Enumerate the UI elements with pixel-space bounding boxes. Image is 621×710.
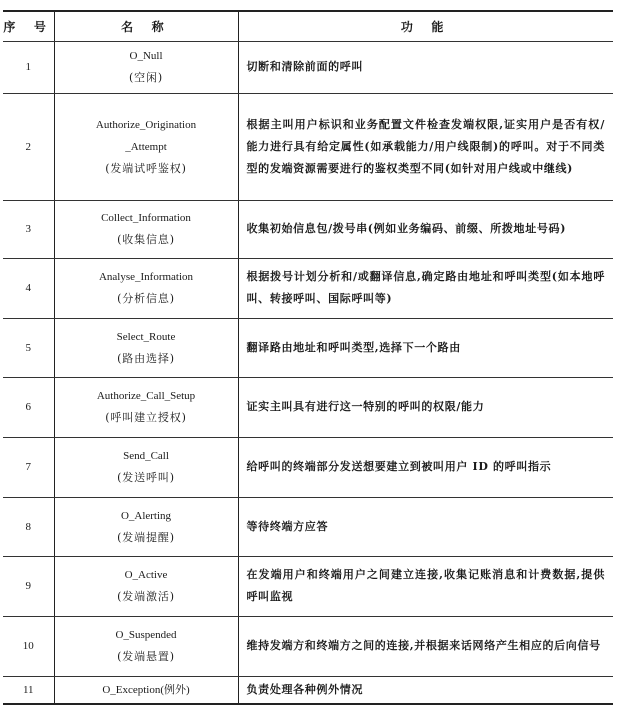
row-function: 根据拨号计划分析和/或翻译信息,确定路由地址和呼叫类型(如本地呼叫、转接呼叫、国… [238, 258, 613, 318]
row-number: 11 [3, 676, 54, 704]
row-number: 5 [3, 318, 54, 377]
row-function: 在发端用户和终端用户之间建立连接,收集记账消息和计费数据,提供呼叫监视 [238, 556, 613, 616]
header-number: 序 号 [3, 11, 54, 41]
row-name: O_Exception(例外) [54, 676, 238, 704]
table-row: 4 Analyse_Information (分析信息) 根据拨号计划分析和/或… [3, 258, 613, 318]
name-zh: (呼叫建立授权) [55, 407, 238, 429]
name-zh: (发送呼叫) [55, 467, 238, 489]
row-number: 4 [3, 258, 54, 318]
name-en: O_Null [55, 45, 238, 67]
call-state-table: 序 号 名 称 功 能 1 O_Null (空闲) 切断和清除前面的呼叫 2 A… [3, 10, 613, 705]
row-number: 1 [3, 41, 54, 93]
table-row: 1 O_Null (空闲) 切断和清除前面的呼叫 [3, 41, 613, 93]
row-function: 等待终端方应答 [238, 497, 613, 556]
name-zh: (发端试呼鉴权) [55, 158, 238, 180]
table-row: 10 O_Suspended (发端悬置) 维持发端方和终端方之间的连接,并根据… [3, 616, 613, 676]
name-zh: (收集信息) [55, 229, 238, 251]
row-name: O_Null (空闲) [54, 41, 238, 93]
name-en: Send_Call [55, 445, 238, 467]
name-en: Authorize_Origination [55, 114, 238, 136]
row-function: 切断和清除前面的呼叫 [238, 41, 613, 93]
row-name: Collect_Information (收集信息) [54, 200, 238, 258]
row-number: 9 [3, 556, 54, 616]
table-row: 6 Authorize_Call_Setup (呼叫建立授权) 证实主叫具有进行… [3, 377, 613, 437]
row-function: 收集初始信息包/拨号串(例如业务编码、前缀、所拨地址号码) [238, 200, 613, 258]
row-name: Send_Call (发送呼叫) [54, 437, 238, 497]
row-function: 给呼叫的终端部分发送想要建立到被叫用户 ID 的呼叫指示 [238, 437, 613, 497]
name-en: Analyse_Information [55, 266, 238, 288]
row-name: Authorize_Call_Setup (呼叫建立授权) [54, 377, 238, 437]
row-name: Select_Route (路由选择) [54, 318, 238, 377]
name-en: O_Active [55, 564, 238, 586]
row-name: Analyse_Information (分析信息) [54, 258, 238, 318]
row-number: 10 [3, 616, 54, 676]
table-row: 2 Authorize_Origination _Attempt (发端试呼鉴权… [3, 93, 613, 200]
name-zh: (空闲) [55, 67, 238, 89]
name-en-cont: _Attempt [55, 136, 238, 158]
row-function: 维持发端方和终端方之间的连接,并根据来话网络产生相应的后向信号 [238, 616, 613, 676]
table-row: 9 O_Active (发端激活) 在发端用户和终端用户之间建立连接,收集记账消… [3, 556, 613, 616]
row-number: 6 [3, 377, 54, 437]
row-number: 8 [3, 497, 54, 556]
row-name: O_Active (发端激活) [54, 556, 238, 616]
row-name: O_Suspended (发端悬置) [54, 616, 238, 676]
row-name: Authorize_Origination _Attempt (发端试呼鉴权) [54, 93, 238, 200]
row-function: 根据主叫用户标识和业务配置文件检查发端权限,证实用户是否有权/能力进行具有给定属… [238, 93, 613, 200]
name-zh: (发端提醒) [55, 527, 238, 549]
row-name: O_Alerting (发端提醒) [54, 497, 238, 556]
name-zh: (发端激活) [55, 586, 238, 608]
name-en: Collect_Information [55, 207, 238, 229]
name-en: O_Alerting [55, 505, 238, 527]
row-function: 负责处理各种例外情况 [238, 676, 613, 704]
name-en: O_Suspended [55, 624, 238, 646]
table-row: 7 Send_Call (发送呼叫) 给呼叫的终端部分发送想要建立到被叫用户 I… [3, 437, 613, 497]
table-row: 8 O_Alerting (发端提醒) 等待终端方应答 [3, 497, 613, 556]
name-en: Select_Route [55, 326, 238, 348]
row-number: 7 [3, 437, 54, 497]
header-function: 功 能 [238, 11, 613, 41]
row-function: 证实主叫具有进行这一特别的呼叫的权限/能力 [238, 377, 613, 437]
table-row: 3 Collect_Information (收集信息) 收集初始信息包/拨号串… [3, 200, 613, 258]
row-number: 2 [3, 93, 54, 200]
name-zh: (路由选择) [55, 348, 238, 370]
row-number: 3 [3, 200, 54, 258]
table-row: 5 Select_Route (路由选择) 翻译路由地址和呼叫类型,选择下一个路… [3, 318, 613, 377]
header-row: 序 号 名 称 功 能 [3, 11, 613, 41]
header-name: 名 称 [54, 11, 238, 41]
name-en: O_Exception(例外) [55, 679, 238, 701]
row-function: 翻译路由地址和呼叫类型,选择下一个路由 [238, 318, 613, 377]
name-zh: (发端悬置) [55, 646, 238, 668]
name-en: Authorize_Call_Setup [55, 385, 238, 407]
table-row: 11 O_Exception(例外) 负责处理各种例外情况 [3, 676, 613, 704]
name-zh: (分析信息) [55, 288, 238, 310]
